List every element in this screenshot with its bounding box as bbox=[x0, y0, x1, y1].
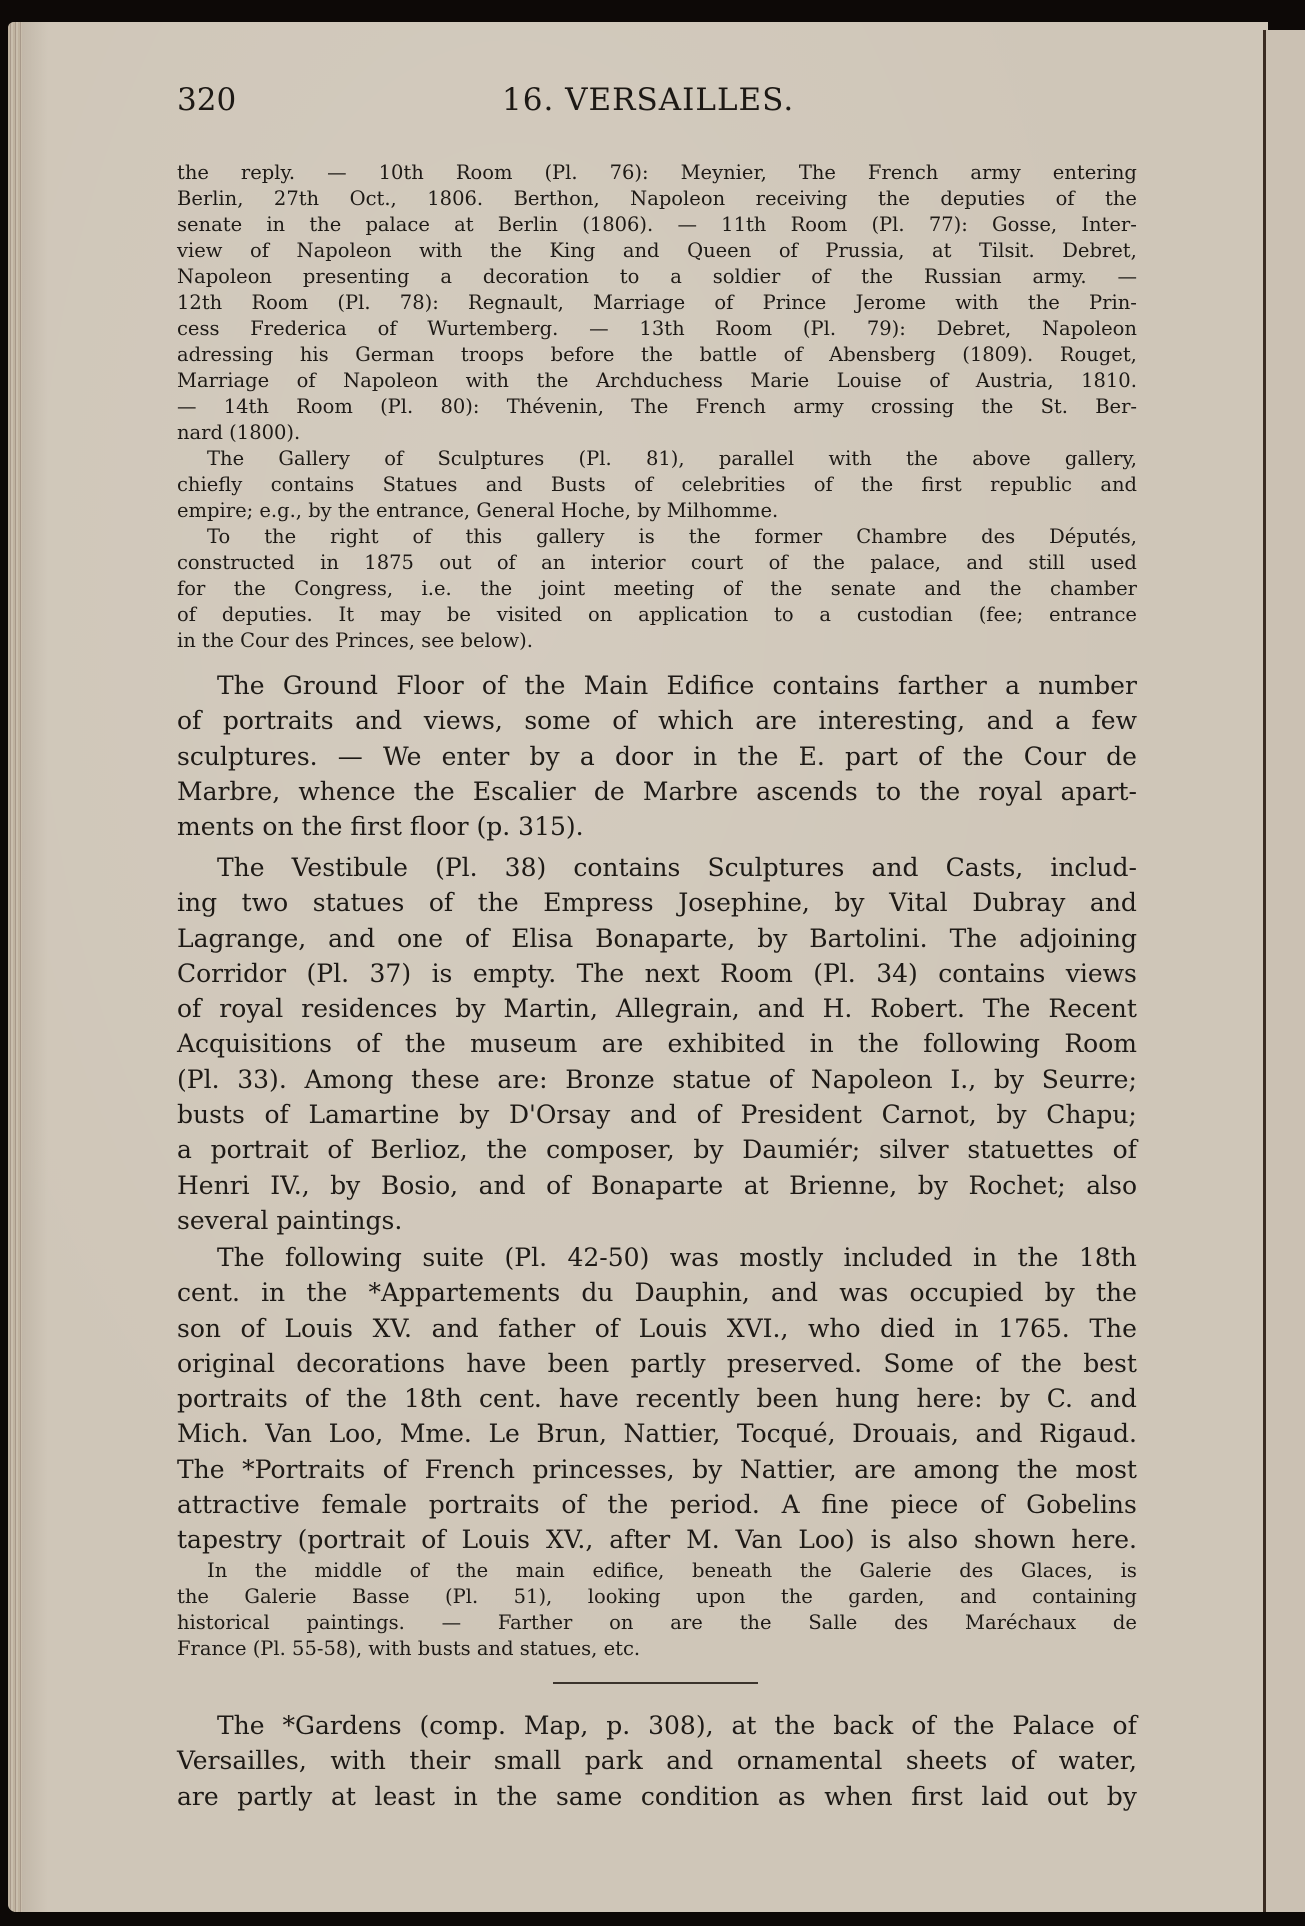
small-print-rooms: thereply.—10thRoom(Pl.76):Meynier,TheFre… bbox=[177, 160, 1137, 446]
text-line: ofroyalresidencesbyMartin,Allegrain,andH… bbox=[177, 991, 1137, 1026]
text-line: attractivefemaleportraitsoftheperiod.Afi… bbox=[177, 1487, 1137, 1522]
text-line: cessFredericaofWurtemberg.—13thRoom(Pl.7… bbox=[177, 316, 1137, 342]
text-line: Lagrange,andoneofElisaBonaparte,byBartol… bbox=[177, 921, 1137, 956]
text-line: Thefollowingsuite(Pl.42-50)wasmostlyincl… bbox=[177, 1240, 1137, 1275]
small-print-galerie-basse: Inthemiddleofthemainedifice,beneaththeGa… bbox=[177, 1558, 1137, 1662]
text-line: portraitsofthe18thcent.haverecentlybeenh… bbox=[177, 1381, 1137, 1416]
facing-page-edge bbox=[1266, 30, 1305, 1912]
paragraph-vestibule: TheVestibule(Pl.38)containsSculpturesand… bbox=[177, 850, 1137, 1238]
page-edges bbox=[8, 22, 22, 1912]
text-line: Corridor(Pl.37)isempty.ThenextRoom(Pl.34… bbox=[177, 956, 1137, 991]
text-line: HenriIV.,byBosio,andofBonaparteatBrienne… bbox=[177, 1168, 1137, 1203]
paragraph-ground-floor: TheGroundFlooroftheMainEdificecontainsfa… bbox=[177, 668, 1137, 844]
text-line: ofportraitsandviews,someofwhichareintere… bbox=[177, 703, 1137, 738]
text-line: TheVestibule(Pl.38)containsSculpturesand… bbox=[177, 850, 1137, 885]
text-line: Napoleonpresentingadecorationtoasoldiero… bbox=[177, 264, 1137, 290]
text-line: adressinghisGermantroopsbeforethebattleo… bbox=[177, 342, 1137, 368]
text-line: (Pl.33).Amongtheseare:BronzestatueofNapo… bbox=[177, 1062, 1137, 1097]
text-line: originaldecorationshavebeenpartlypreserv… bbox=[177, 1346, 1137, 1381]
text-line: sculptures.—WeenterbyadoorintheE.partoft… bbox=[177, 739, 1137, 774]
text-line: France (Pl. 55-58), with busts and statu… bbox=[177, 1636, 1137, 1662]
small-print-gallery-sculptures: TheGalleryofSculptures(Pl.81),parallelwi… bbox=[177, 446, 1137, 524]
text-line: MarriageofNapoleonwiththeArchduchessMari… bbox=[177, 368, 1137, 394]
text-line: TheGroundFlooroftheMainEdificecontainsfa… bbox=[177, 668, 1137, 703]
text-line: cent.inthe*AppartementsduDauphin,andwaso… bbox=[177, 1275, 1137, 1310]
text-line: chieflycontainsStatuesandBustsofcelebrit… bbox=[177, 472, 1137, 498]
text-line: Mich.VanLoo,Mme.LeBrun,Nattier,Tocqué,Dr… bbox=[177, 1416, 1137, 1451]
text-line: Inthemiddleofthemainedifice,beneaththeGa… bbox=[177, 1558, 1137, 1584]
text-line: Acquisitionsofthemuseumareexhibitedinthe… bbox=[177, 1026, 1137, 1061]
text-line: senateinthepalaceatBerlin(1806).—11thRoo… bbox=[177, 212, 1137, 238]
paragraph-gardens: The*Gardens(comp.Map,p.308),atthebackoft… bbox=[177, 1708, 1137, 1814]
text-line: empire; e.g., by the entrance, General H… bbox=[177, 498, 1137, 524]
text-line: sonofLouisXV.andfatherofLouisXVI.,whodie… bbox=[177, 1311, 1137, 1346]
text-line: fortheCongress,i.e.thejointmeetingofthes… bbox=[177, 576, 1137, 602]
text-line: ingtwostatuesoftheEmpressJosephine,byVit… bbox=[177, 885, 1137, 920]
text-line: TotherightofthisgalleryistheformerChambr… bbox=[177, 524, 1137, 550]
text-line: arepartlyatleastinthesameconditionaswhen… bbox=[177, 1779, 1137, 1814]
running-title: 16. VERSAILLES. bbox=[502, 82, 794, 118]
text-line: several paintings. bbox=[177, 1203, 1137, 1238]
paragraph-appartements-dauphin: Thefollowingsuite(Pl.42-50)wasmostlyincl… bbox=[177, 1240, 1137, 1558]
section-divider bbox=[553, 1682, 758, 1684]
text-line: constructedin1875outofaninteriorcourtoft… bbox=[177, 550, 1137, 576]
text-line: ments on the first floor (p. 315). bbox=[177, 809, 1137, 844]
text-line: bustsofLamartinebyD'OrsayandofPresidentC… bbox=[177, 1097, 1137, 1132]
text-line: theGalerieBasse(Pl.51),lookinguponthegar… bbox=[177, 1584, 1137, 1610]
text-line: 12thRoom(Pl.78):Regnault,MarriageofPrinc… bbox=[177, 290, 1137, 316]
text-line: nard (1800). bbox=[177, 420, 1137, 446]
text-line: TheGalleryofSculptures(Pl.81),parallelwi… bbox=[177, 446, 1137, 472]
text-line: The*PortraitsofFrenchprincesses,byNattie… bbox=[177, 1452, 1137, 1487]
text-line: Berlin,27thOct.,1806.Berthon,Napoleonrec… bbox=[177, 186, 1137, 212]
text-line: —14thRoom(Pl.80):Thévenin,TheFrencharmyc… bbox=[177, 394, 1137, 420]
text-line: aportraitofBerlioz,thecomposer,byDaumiér… bbox=[177, 1132, 1137, 1167]
text-line: ofdeputies.Itmaybevisitedonapplicationto… bbox=[177, 602, 1137, 628]
page-number: 320 bbox=[177, 82, 236, 118]
text-line: viewofNapoleonwiththeKingandQueenofPruss… bbox=[177, 238, 1137, 264]
text-line: The*Gardens(comp.Map,p.308),atthebackoft… bbox=[177, 1708, 1137, 1743]
text-line: historicalpaintings.—FartheronaretheSall… bbox=[177, 1610, 1137, 1636]
text-line: Versailles,withtheirsmallparkandornament… bbox=[177, 1743, 1137, 1778]
text-line: thereply.—10thRoom(Pl.76):Meynier,TheFre… bbox=[177, 160, 1137, 186]
small-print-chambre-deputes: TotherightofthisgalleryistheformerChambr… bbox=[177, 524, 1137, 654]
page-header: 320 16. VERSAILLES. bbox=[177, 82, 1137, 122]
text-line: tapestry(portraitofLouisXV.,afterM.VanLo… bbox=[177, 1522, 1137, 1557]
text-line: in the Cour des Princes, see below). bbox=[177, 628, 1137, 654]
text-line: Marbre,whencetheEscalierdeMarbreascendst… bbox=[177, 774, 1137, 809]
